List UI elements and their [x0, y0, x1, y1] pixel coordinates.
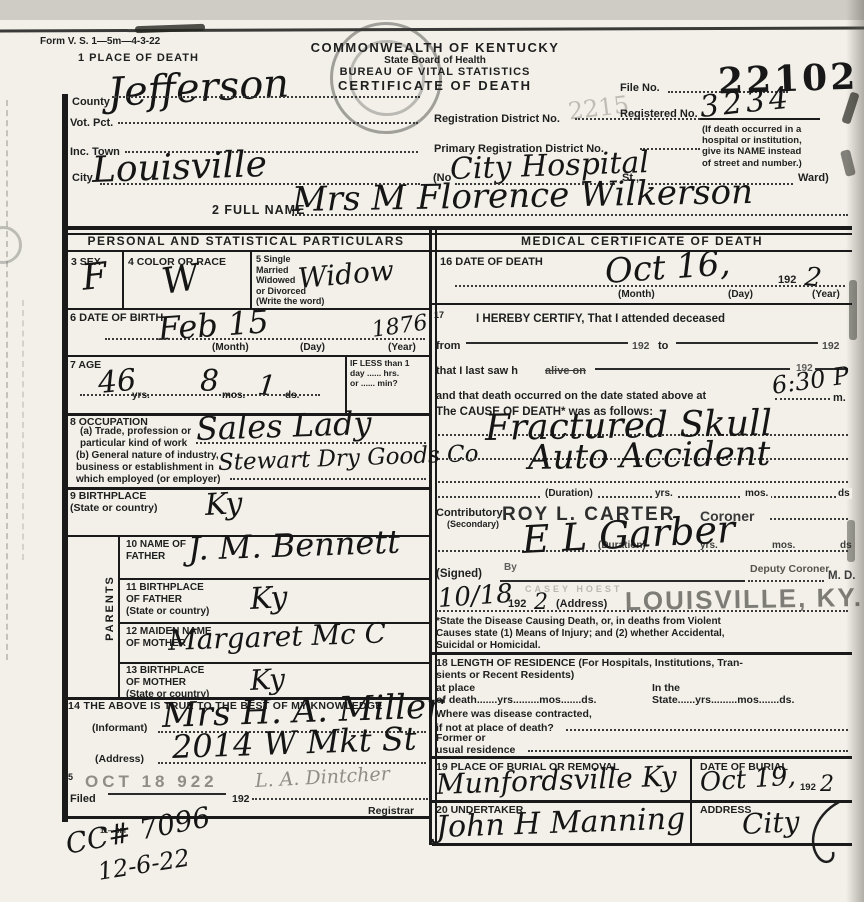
signed-address-leader	[436, 610, 848, 612]
age-days-handwriting: 1	[256, 368, 277, 403]
certify-192a: 192	[632, 340, 650, 352]
filed-item-number: 15	[63, 772, 73, 782]
personal-section-title: PERSONAL AND STATISTICAL PARTICULARS	[70, 234, 422, 248]
dod-leader	[455, 285, 845, 287]
death-certificate-scan: 2215 Form V. S. 1—5m—4-3-22 1 PLACE OF D…	[0, 0, 864, 902]
header-bureau: BUREAU OF VITAL STATISTICS	[285, 66, 585, 78]
full-name-leader	[292, 214, 848, 216]
certify-line: I HEREBY CERTIFY, That I attended deceas…	[476, 313, 725, 325]
primary-registration-leader	[640, 148, 700, 150]
age-leader	[80, 394, 320, 396]
burial-date-handwriting: Oct 19,	[699, 761, 797, 798]
residence-bottom-rule	[432, 756, 852, 759]
residence-in-state: In the State......yrs.........mos.......…	[652, 682, 794, 707]
edge-mark	[849, 280, 857, 340]
lastsaw-label: that I last saw h	[436, 365, 518, 377]
secondary-label: (Secondary)	[447, 519, 499, 529]
color-marital-divider	[250, 252, 252, 308]
contributory-leader	[770, 518, 848, 520]
dob-month-caption: (Month)	[212, 342, 249, 353]
dob-label: 6 DATE OF BIRTH	[70, 312, 163, 324]
scan-left-marks	[22, 300, 24, 560]
father-birthplace-handwriting: Ky	[249, 580, 288, 617]
registrar-label: Registrar	[368, 805, 414, 817]
duration-yrs: yrs.	[652, 488, 676, 499]
vot-pct-label: Vot. Pct.	[70, 117, 113, 129]
duration-mos: mos.	[742, 488, 771, 499]
duration2-ds: ds	[840, 540, 852, 551]
mother-maiden-handwriting: Margaret Mc C	[167, 616, 386, 657]
signed-year-printed: 192	[508, 598, 526, 610]
color-race-value-handwriting: W	[159, 257, 201, 303]
father-name-handwriting: J. M. Bennett	[187, 523, 400, 568]
death-time-m-label: m.	[833, 392, 846, 404]
place-of-death-title: 1 PLACE OF DEATH	[78, 52, 199, 64]
county-leader	[112, 96, 420, 98]
filed-label: Filed	[70, 793, 96, 805]
informant-label: (Informant)	[92, 722, 147, 734]
burial-place-handwriting: Munfordsville Ky	[435, 760, 677, 801]
filed-line	[108, 793, 226, 795]
deputy-leader	[748, 580, 824, 582]
duration-leader	[438, 496, 848, 498]
residence-former: Former or usual residence	[436, 732, 515, 757]
signed-label: (Signed)	[436, 568, 482, 580]
occupation-b-leader	[230, 478, 426, 480]
signed-address-label: (Address)	[556, 598, 607, 610]
occupation-a-block: (a) Trade, profession or particular kind…	[80, 426, 191, 450]
section-title-rule	[62, 250, 852, 252]
box-top-rule	[62, 226, 852, 230]
certify-to-line	[676, 342, 818, 344]
filed-date-stamp: OCT 18 922	[85, 772, 218, 792]
hospital-note: (If death occurred in a hospital or inst…	[702, 124, 802, 169]
date-of-death-label: 16 DATE OF DEATH	[440, 256, 543, 268]
scan-top-band	[0, 0, 864, 20]
cause-rule-3	[438, 481, 848, 483]
informant-address-label: (Address)	[95, 753, 144, 765]
sex-value-handwriting: F	[80, 256, 109, 299]
burial-year-printed: 192	[800, 782, 816, 793]
residence-if-not-leader	[566, 729, 848, 731]
header-commonwealth: COMMONWEALTH OF KENTUCKY	[285, 40, 585, 55]
marital-value-handwriting: Widow	[297, 254, 396, 295]
scan-top-line	[0, 26, 864, 32]
county-value-handwriting: Jefferson	[107, 61, 290, 116]
certify-from-line	[466, 342, 628, 344]
signed-line	[500, 580, 745, 582]
full-name-handwriting: Mrs M Florence Wilkerson	[292, 172, 754, 220]
parents-vertical-label: PARENTS	[104, 568, 116, 648]
registrar-flourish	[795, 798, 845, 870]
sex-color-divider	[122, 252, 124, 308]
dob-leader	[105, 338, 425, 340]
cause-footnote: *State the Disease Causing Death, or, in…	[436, 616, 725, 653]
ifless-block: IF LESS than 1 day ...... hrs. or ......…	[350, 358, 410, 388]
age-mos-caption: mos.	[222, 390, 245, 401]
informant-address-handwriting: 2014 W Mkt St	[171, 719, 417, 766]
lastsaw-line	[595, 368, 790, 370]
signed-by-label: By	[504, 562, 517, 573]
occupation-b-block: (b) General nature of industry, business…	[76, 450, 220, 485]
dod-row-bottom	[432, 303, 852, 305]
filed-year: 192	[232, 793, 250, 805]
left-border-bar	[62, 94, 68, 822]
residence-usual-leader	[528, 750, 848, 752]
registration-district-label: Registration District No.	[434, 113, 560, 125]
alive-on-label: alive on	[545, 365, 586, 377]
contributory-label: Contributory	[436, 507, 503, 519]
header-certificate: CERTIFICATE OF DEATH	[285, 78, 585, 93]
scan-right-band	[846, 0, 864, 902]
residence-title: 18 LENGTH OF RESIDENCE (For Hospitals, I…	[436, 657, 743, 682]
scan-left-marks	[6, 100, 8, 660]
birthplace-handwriting: Ky	[204, 486, 243, 523]
father-birthplace-block: 11 BIRTHPLACE OF FATHER (State or countr…	[126, 582, 209, 617]
form-code: Form V. S. 1—5m—4-3-22	[40, 36, 160, 47]
father-name-block: 10 NAME OF FATHER	[126, 539, 186, 563]
vot-pct-leader	[118, 122, 418, 124]
burial-bottom-rule	[432, 843, 852, 846]
certify-to-label: to	[658, 340, 668, 352]
dod-year-caption: (Year)	[812, 289, 840, 300]
burial-year-handwriting: 2	[820, 772, 834, 797]
registered-no-label: Registered No.	[620, 108, 698, 120]
filed-leader	[252, 798, 428, 800]
footnote-bottom-rule	[432, 652, 852, 655]
header-board: State Board of Health	[285, 55, 585, 66]
dod-month-caption: (Month)	[618, 289, 655, 300]
dod-day-caption: (Day)	[728, 289, 753, 300]
cause-value-2-handwriting: Auto Accident	[528, 434, 771, 478]
residence-where-contracted: Where was disease contracted,	[436, 708, 592, 720]
certify-item-number: 17	[434, 310, 444, 320]
md-label-stamp: M. D.	[828, 570, 855, 582]
birthplace-block: 9 BIRTHPLACE (State or country)	[70, 490, 158, 515]
ghost-circle-margin	[0, 226, 22, 264]
deputy-coroner-stamp: Deputy Coroner	[750, 563, 829, 575]
county-label: County	[72, 96, 110, 108]
undertaker-handwriting: John H Manning	[435, 801, 685, 845]
filed-signature-ghost: L. A. Dintcher	[254, 763, 390, 792]
dob-day-caption: (Day)	[300, 342, 325, 353]
age-yrs-caption: yrs.	[132, 390, 150, 401]
certify-192b: 192	[822, 340, 840, 352]
medical-section-title: MEDICAL CERTIFICATE OF DEATH	[437, 234, 847, 248]
residence-at-place: at place of death.......yrs.........mos.…	[436, 682, 596, 707]
duration-label: (Duration)	[542, 488, 596, 499]
dob-year-caption: (Year)	[388, 342, 416, 353]
city-label: City	[72, 172, 93, 184]
death-time-leader	[775, 398, 830, 400]
age-ds-caption: ds.	[285, 390, 299, 401]
file-no-label: File No.	[620, 82, 660, 94]
duration2-mos: mos.	[772, 540, 795, 551]
death-occurred-label: and that death occurred on the date stat…	[436, 390, 706, 402]
undertaker-address-handwriting: City	[741, 805, 800, 841]
dob-row-bottom	[62, 355, 432, 357]
parents-bracket-divider	[118, 535, 120, 697]
ward-label: Ward)	[798, 172, 829, 184]
registered-no-underline	[700, 118, 820, 120]
signed-date-handwriting: 10/18	[437, 579, 514, 614]
duration-ds: ds	[836, 488, 852, 499]
certify-from-label: from	[436, 340, 460, 352]
